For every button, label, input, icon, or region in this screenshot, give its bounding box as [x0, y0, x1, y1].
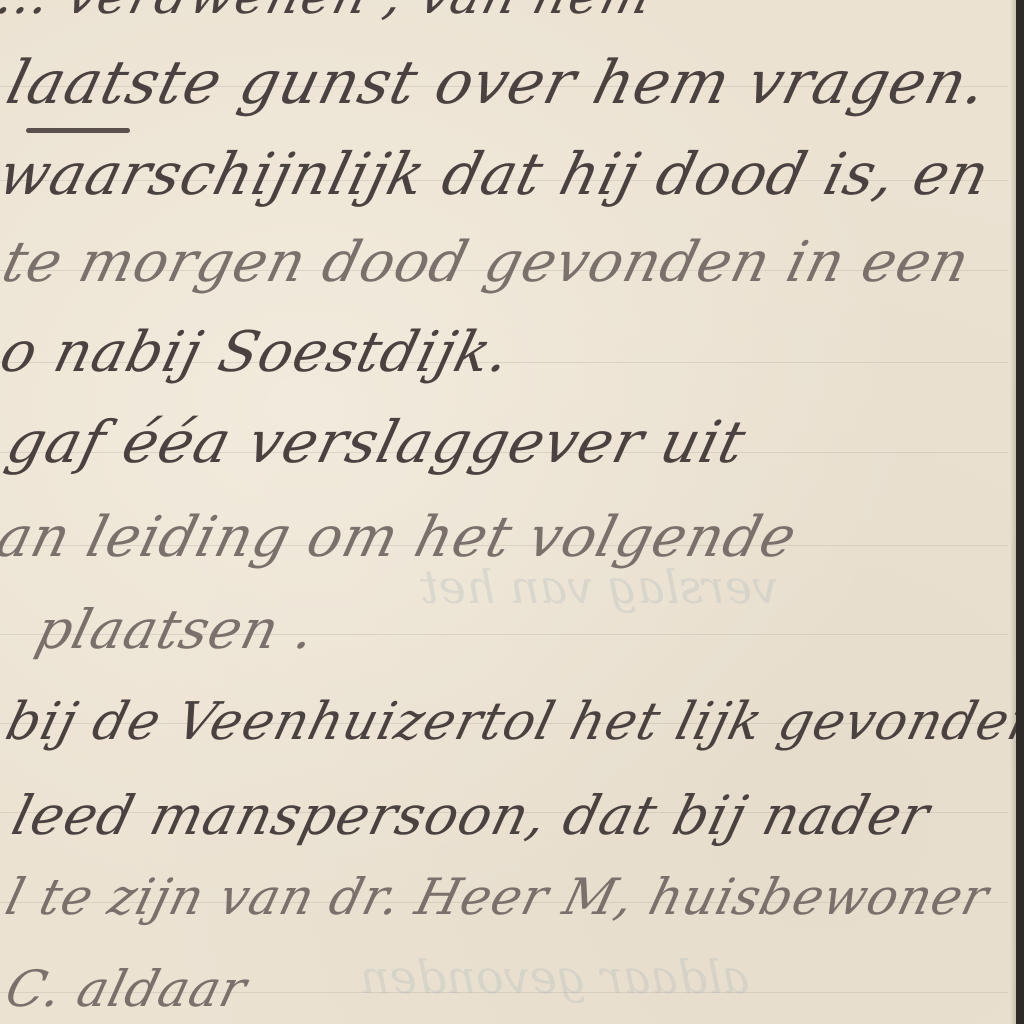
handwritten-line: leed manspersoon, dat bij nader: [6, 784, 936, 847]
handwritten-line: gaf ééa verslaggever uit: [0, 408, 753, 476]
show-through-text: aldaar gevonden: [360, 950, 749, 1004]
underline-stroke: [26, 128, 130, 133]
handwritten-line: l te zijn van dr. Heer M, huisbewoner: [0, 868, 995, 926]
handwritten-line: laatste gunst over hem vragen.: [0, 48, 995, 118]
handwritten-line: C. aldaar: [0, 960, 253, 1018]
handwritten-line: plaatsen .: [30, 598, 322, 661]
handwritten-line: … verdwenen , van hem: [0, 0, 659, 26]
manuscript-page: verslag van het aldaar gevonden … verdwe…: [0, 0, 1024, 1024]
handwritten-line: o nabij Soestdijk.: [0, 320, 517, 385]
handwritten-line: waarschijnlijk dat hij dood is, en: [0, 140, 997, 208]
handwritten-line: an leiding om het volgende: [0, 505, 803, 570]
handwritten-line: te morgen dood gevonden in een: [0, 230, 976, 295]
page-edge: [1016, 0, 1024, 1024]
handwritten-line: bij de Veenhuizertol het lijk gevonden: [0, 692, 1024, 752]
